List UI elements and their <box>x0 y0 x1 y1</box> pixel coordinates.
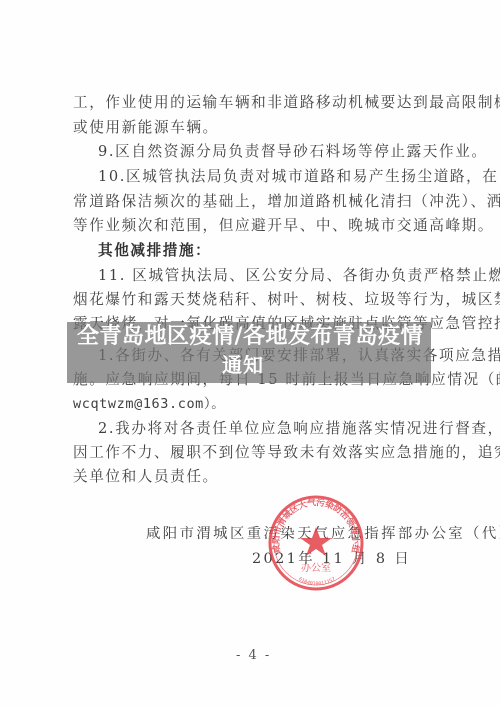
banner-title-continued: 通知 <box>222 352 264 378</box>
seal-center-text: 办公室 <box>301 561 331 574</box>
doc-line: 常道路保洁频次的基础上，增加道路机械化清扫（冲洗）、洒水 <box>73 192 500 212</box>
banner-title: 全青岛地区疫情/各地发布青岛疫情 <box>77 323 423 351</box>
doc-line-item-10: 10.区城管执法局负责对城市道路和易产生扬尘道路，在日 <box>98 167 500 187</box>
doc-line: 工，作业使用的运输车辆和非道路移动机械要达到最高限制标准 <box>73 93 500 113</box>
doc-line: 关单位和人员责任。 <box>73 467 219 487</box>
doc-line: 烟花爆竹和露天焚烧秸秆、树叶、树枝、垃圾等行为，城区禁止 <box>73 290 500 310</box>
doc-line: 或使用新能源车辆。 <box>73 118 219 138</box>
doc-line-item-9: 9.区自然资源分局负责督导砂石料场等停止露天作业。 <box>98 142 488 162</box>
official-seal-icon: 咸阳市渭城区大气污染防治领导小组 办公室 6104010011157 <box>266 493 366 593</box>
doc-line-item-11: 11. 区城管执法局、区公安分局、各街办负责严格禁止燃放 <box>98 266 500 286</box>
doc-line-req-2: 2.我办将对各责任单位应急响应措施落实情况进行督查，对 <box>98 419 500 439</box>
page-number: - 4 - <box>236 648 271 663</box>
doc-line: 等作业频次和范围，但应避开早、中、晚城市交通高峰期。 <box>73 216 494 236</box>
email-text: wcqtwzm@163.com）。 <box>73 394 225 414</box>
doc-line: 因工作不力、履职不到位等导致未有效落实应急措施的，追究有 <box>73 443 500 463</box>
section-heading: 其他减排措施： <box>98 241 211 261</box>
